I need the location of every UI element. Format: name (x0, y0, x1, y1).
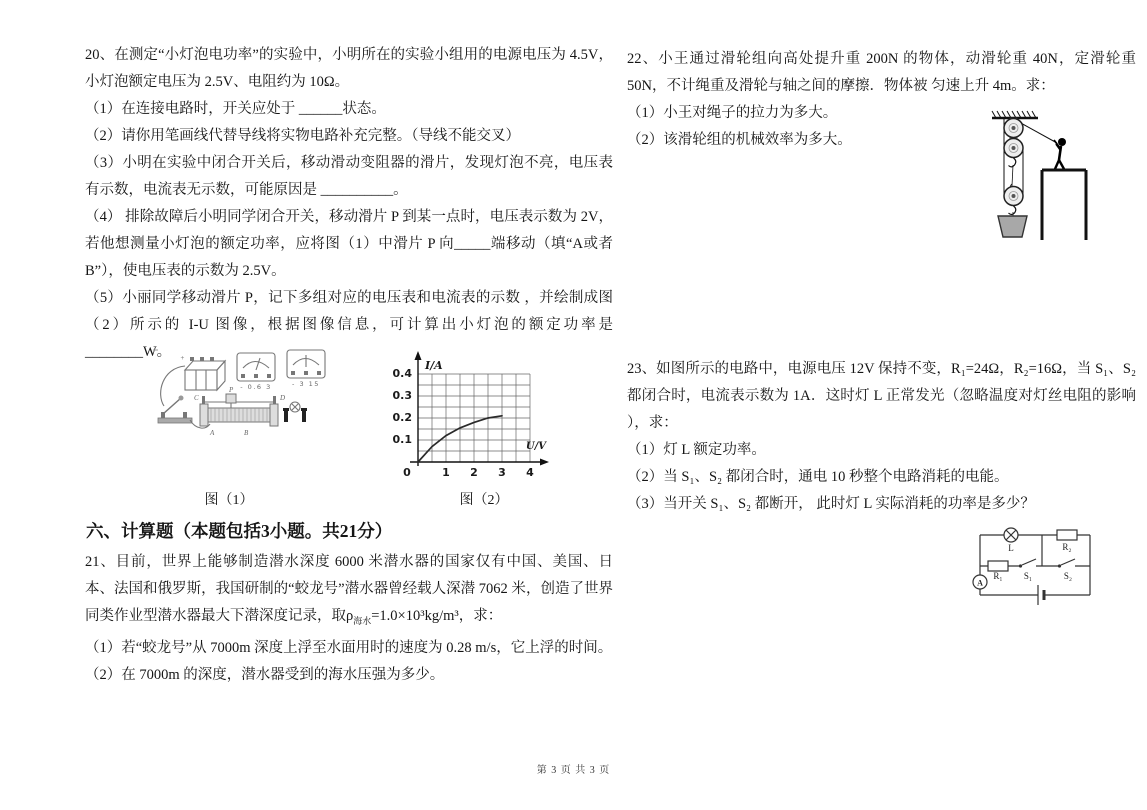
origin-label: 0 (403, 466, 411, 479)
page-number-footer: 第 3 页 共 3 页 (0, 761, 1147, 776)
fixed-pulley-top (1004, 119, 1023, 138)
xtick-1: 1 (442, 466, 450, 479)
circuit-diagram: A L R₂ R₁ S₁ S₂ (958, 518, 1106, 610)
ammeter-letter: A (977, 579, 983, 588)
fixed-block-hook-icon (1009, 158, 1016, 167)
figure-1-caption: 图（1） (197, 489, 261, 509)
q23-item-2: （2）当 S₁、S₂ 都闭合时，通电 10 秒整个电路消耗的电能。 (627, 464, 1136, 491)
resistor-r2-symbol (1057, 530, 1077, 540)
y-axis-label: I/A (424, 359, 443, 372)
battery-symbol: + (180, 354, 225, 390)
load-hook-icon (1009, 206, 1016, 215)
xtick-4: 4 (526, 466, 534, 479)
ytick-0.3: 0.3 (393, 389, 413, 402)
rheostat-slider-p: P (228, 386, 234, 394)
rheostat-slider (226, 394, 236, 403)
s2-label: S₂ (1064, 571, 1072, 581)
section-6-heading: 六、计算题（本题包括3小题。共21分） (86, 519, 392, 543)
voltmeter-terminals-label: - 3 15 (292, 380, 320, 388)
resistor-r1-symbol (988, 561, 1008, 571)
pulley-system-figure (936, 106, 1088, 242)
ytick-0.1: 0.1 (393, 433, 413, 446)
voltmeter-sketch: - 3 15 (287, 350, 325, 388)
q21-stem-part1: 21、目前，世界上能够制造潜水深度 6000 米潜水器的国家仅有中国、美国、日本… (85, 554, 613, 624)
person-figure (1054, 138, 1066, 169)
switch-symbol (158, 396, 192, 424)
x-axis-arrow-icon (540, 459, 549, 466)
question-20: 20、在测定“小灯泡电功率”的实验中，小明所在的实验小组用的电源电压为 4.5V… (85, 42, 613, 366)
q21-item-1: （1）若“蛟龙号”从 7000m 深度上浮至水面用时的速度为 0.28 m/s，… (85, 635, 613, 662)
lamp-label: L (1008, 543, 1014, 553)
q20-item-2: （2）请你用笔画线代替导线将实物电路补充完整。（导线不能交叉） (85, 123, 613, 150)
xtick-3: 3 (498, 466, 506, 479)
q20-item-1: （1）在连接电路时，开关应处于 ______状态。 (85, 96, 613, 123)
q20-item-4: （4） 排除故障后小明同学闭合开关，移动滑片 P 到某一点时，电压表示数为 2V… (85, 204, 613, 285)
q20-item-3: （3）小明在实验中闭合开关后，移动滑动变阻器的滑片，发现灯泡不亮，电压表有示数，… (85, 150, 613, 204)
ytick-0.4: 0.4 (393, 367, 413, 380)
q23-stem: 23、如图所示的电路中，电源电压 12V 保持不变，R₁=24Ω，R₂=16Ω，… (627, 356, 1136, 437)
x-axis-label: U/V (526, 441, 547, 452)
figure-1-apparatus-sketch: + C P D A B - 0.6 3 (148, 346, 338, 438)
circuit-wires (980, 535, 1090, 595)
ammeter-sketch: - 0.6 3 (237, 353, 275, 391)
ammeter-terminals-label: - 0.6 3 (240, 383, 271, 391)
load-bucket (998, 216, 1027, 237)
lamp-sketch (283, 402, 307, 422)
platform (1042, 170, 1086, 240)
lamp-symbol (1004, 528, 1018, 542)
q23-item-1: （1）灯 L 额定功率。 (627, 437, 1136, 464)
figure-2-caption: 图（2） (452, 489, 516, 509)
ammeter-symbol: A (973, 575, 987, 589)
switch-s2-symbol (1058, 559, 1075, 568)
q23-item-3: （3）当开关 S₁、S₂ 都断开， 此时灯 L 实际消耗的功率是多少？ (627, 491, 1136, 518)
battery-cell-symbol (1038, 585, 1044, 605)
rheostat-terminal-b: B (244, 429, 249, 437)
xtick-2: 2 (470, 466, 478, 479)
movable-pulley (1004, 184, 1023, 215)
battery-plus-label: + (180, 354, 185, 362)
ytick-0.2: 0.2 (393, 411, 413, 424)
pulling-rope (1019, 122, 1057, 143)
question-21: 21、目前，世界上能够制造潜水深度 6000 米潜水器的国家仅有中国、美国、日本… (85, 549, 613, 689)
rheostat-terminal-a: A (209, 429, 215, 437)
y-axis-arrow-icon (415, 351, 422, 360)
ceiling-mount (992, 111, 1038, 118)
figure-2-iu-graph: I/A U/V 0.4 0.3 0.2 0.1 0 1 2 3 4 (376, 342, 554, 482)
switch-s1-symbol (1019, 559, 1036, 568)
r2-label: R₂ (1062, 542, 1071, 552)
q21-stem: 21、目前，世界上能够制造潜水深度 6000 米潜水器的国家仅有中国、美国、日本… (85, 549, 613, 635)
r1-label: R₁ (993, 571, 1002, 581)
rheostat-terminal-c: C (194, 394, 199, 402)
rheostat-symbol: C P D A B (194, 386, 285, 437)
fixed-pulley-bottom (1004, 139, 1023, 167)
q21-item-2: （2）在 7000m 的深度，潜水器受到的海水压强为多少。 (85, 662, 613, 689)
q21-stem-part2: =1.0×10³kg/m³，求： (371, 608, 502, 624)
q20-stem: 20、在测定“小灯泡电功率”的实验中，小明所在的实验小组用的电源电压为 4.5V… (85, 42, 613, 96)
q21-density-subscript: 海水 (353, 616, 371, 626)
q22-stem: 22、小王通过滑轮组向高处提升重 200N 的物体，动滑轮重 40N，定滑轮重 … (627, 46, 1136, 100)
s1-label: S₁ (1024, 571, 1032, 581)
iu-grid (418, 374, 530, 462)
question-23: 23、如图所示的电路中，电源电压 12V 保持不变，R₁=24Ω，R₂=16Ω，… (627, 356, 1136, 518)
exam-page: { "left": { "q20": { "stem": "20、在测定“小灯泡… (0, 0, 1147, 810)
rheostat-terminal-d: D (279, 394, 285, 402)
